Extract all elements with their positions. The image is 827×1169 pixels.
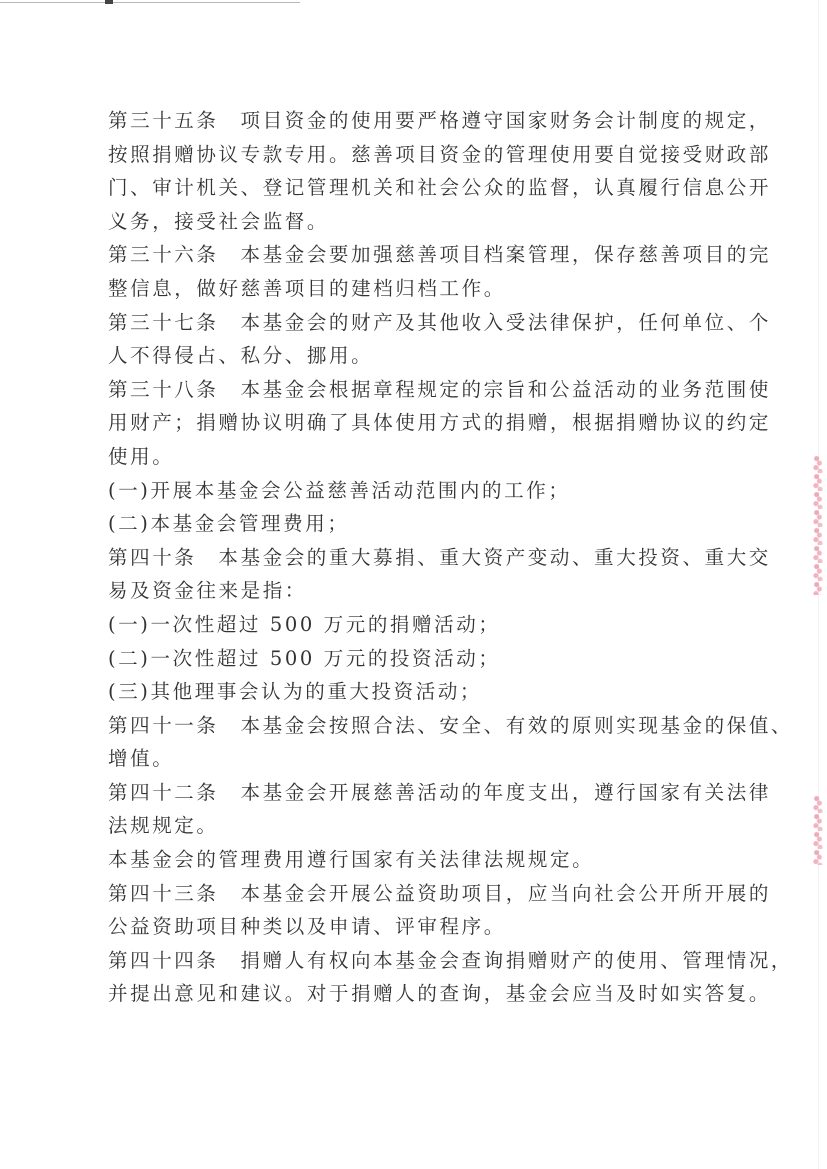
article-35-line-4: 义务，接受社会监督。 xyxy=(108,205,743,239)
article-42-line-3: 本基金会的管理费用遵行国家有关法律法规规定。 xyxy=(108,843,743,877)
article-44-line-2: 并提出意见和建议。对于捐赠人的查询，基金会应当及时如实答复。 xyxy=(108,977,743,1011)
article-38-line-3: 使用。 xyxy=(108,440,743,474)
scan-top-edge-mark xyxy=(105,0,113,4)
article-40-item-1: (一)一次性超过 500 万元的捐赠活动； xyxy=(108,608,743,642)
article-text: 本基金会的财产及其他收入受法律保护，任何单位、个 xyxy=(241,311,771,334)
article-text: 易及资金往来是指： xyxy=(108,579,307,602)
article-label: 第四十三条 xyxy=(108,882,219,905)
article-40-line-1: 第四十条本基金会的重大募捐、重大资产变动、重大投资、重大交 xyxy=(108,541,743,575)
list-item-text: (一)开展本基金会公益慈善活动范围内的工作； xyxy=(108,479,570,502)
article-label: 第四十一条 xyxy=(108,714,219,737)
article-41-line-1: 第四十一条本基金会按照合法、安全、有效的原则实现基金的保值、 xyxy=(108,709,743,743)
article-label: 第三十八条 xyxy=(108,378,219,401)
article-40-item-2: (二)一次性超过 500 万元的投资活动； xyxy=(108,642,743,676)
article-38-item-2: (二)本基金会管理费用； xyxy=(108,507,743,541)
article-label: 第四十条 xyxy=(108,546,196,569)
article-text: 本基金会要加强慈善项目档案管理，保存慈善项目的完 xyxy=(241,243,771,266)
document-body: 第三十五条项目资金的使用要严格遵守国家财务会计制度的规定， 按照捐赠协议专款专用… xyxy=(108,104,743,1011)
article-41-line-2: 增值。 xyxy=(108,742,743,776)
scan-top-edge-line xyxy=(0,2,300,3)
article-43-line-2: 公益资助项目种类以及申请、评审程序。 xyxy=(108,910,743,944)
article-38-line-2: 用财产；捐赠协议明确了具体使用方式的捐赠，根据捐赠协议的约定 xyxy=(108,406,743,440)
article-text: 整信息，做好慈善项目的建档归档工作。 xyxy=(108,277,506,300)
article-40-item-3: (三)其他理事会认为的重大投资活动； xyxy=(108,675,743,709)
article-text: 门、审计机关、登记管理机关和社会公众的监督，认真履行信息公开 xyxy=(108,176,771,199)
list-item-text: (二)本基金会管理费用； xyxy=(108,512,349,535)
article-text: 增值。 xyxy=(108,747,174,770)
article-38-item-1: (一)开展本基金会公益慈善活动范围内的工作； xyxy=(108,474,743,508)
article-text: 人不得侵占、私分、挪用。 xyxy=(108,344,373,367)
article-42-line-1: 第四十二条本基金会开展慈善活动的年度支出，遵行国家有关法律 xyxy=(108,776,743,810)
article-40-line-2: 易及资金往来是指： xyxy=(108,574,743,608)
article-text: 本基金会按照合法、安全、有效的原则实现基金的保值、 xyxy=(241,714,794,737)
list-item-text: (二)一次性超过 500 万元的投资活动； xyxy=(108,647,500,670)
seal-stamp-fragment-icon xyxy=(811,455,825,595)
article-label: 第三十五条 xyxy=(108,109,219,132)
article-text: 本基金会的重大募捐、重大资产变动、重大投资、重大交 xyxy=(218,546,771,569)
article-text: 本基金会开展慈善活动的年度支出，遵行国家有关法律 xyxy=(241,781,771,804)
article-text: 按照捐赠协议专款专用。慈善项目资金的管理使用要自觉接受财政部 xyxy=(108,143,771,166)
article-44-line-1: 第四十四条捐赠人有权向本基金会查询捐赠财产的使用、管理情况， xyxy=(108,944,743,978)
article-label: 第四十二条 xyxy=(108,781,219,804)
article-text: 项目资金的使用要严格遵守国家财务会计制度的规定， xyxy=(241,109,771,132)
article-text: 义务，接受社会监督。 xyxy=(108,210,329,233)
article-36-line-2: 整信息，做好慈善项目的建档归档工作。 xyxy=(108,272,743,306)
article-text: 捐赠人有权向本基金会查询捐赠财产的使用、管理情况， xyxy=(241,949,794,972)
article-text: 本基金会开展公益资助项目，应当向社会公开所开展的 xyxy=(241,882,771,905)
article-text: 法规规定。 xyxy=(108,814,219,837)
article-text: 使用。 xyxy=(108,445,174,468)
article-text: 公益资助项目种类以及申请、评审程序。 xyxy=(108,915,506,938)
list-item-text: (一)一次性超过 500 万元的捐赠活动； xyxy=(108,613,500,636)
article-35-line-2: 按照捐赠协议专款专用。慈善项目资金的管理使用要自觉接受财政部 xyxy=(108,138,743,172)
article-text: 本基金会的管理费用遵行国家有关法律法规规定。 xyxy=(108,848,594,871)
article-37-line-2: 人不得侵占、私分、挪用。 xyxy=(108,339,743,373)
list-item-text: (三)其他理事会认为的重大投资活动； xyxy=(108,680,482,703)
article-42-line-2: 法规规定。 xyxy=(108,809,743,843)
article-43-line-1: 第四十三条本基金会开展公益资助项目，应当向社会公开所开展的 xyxy=(108,877,743,911)
article-text: 用财产；捐赠协议明确了具体使用方式的捐赠，根据捐赠协议的约定 xyxy=(108,411,771,434)
article-label: 第四十四条 xyxy=(108,949,219,972)
article-37-line-1: 第三十七条本基金会的财产及其他收入受法律保护，任何单位、个 xyxy=(108,306,743,340)
article-35-line-3: 门、审计机关、登记管理机关和社会公众的监督，认真履行信息公开 xyxy=(108,171,743,205)
seal-stamp-fragment-icon xyxy=(811,795,825,865)
article-text: 并提出意见和建议。对于捐赠人的查询，基金会应当及时如实答复。 xyxy=(108,982,771,1005)
article-36-line-1: 第三十六条本基金会要加强慈善项目档案管理，保存慈善项目的完 xyxy=(108,238,743,272)
article-label: 第三十六条 xyxy=(108,243,219,266)
article-38-line-1: 第三十八条本基金会根据章程规定的宗旨和公益活动的业务范围使 xyxy=(108,373,743,407)
article-text: 本基金会根据章程规定的宗旨和公益活动的业务范围使 xyxy=(241,378,771,401)
article-35-line-1: 第三十五条项目资金的使用要严格遵守国家财务会计制度的规定， xyxy=(108,104,743,138)
article-label: 第三十七条 xyxy=(108,311,219,334)
